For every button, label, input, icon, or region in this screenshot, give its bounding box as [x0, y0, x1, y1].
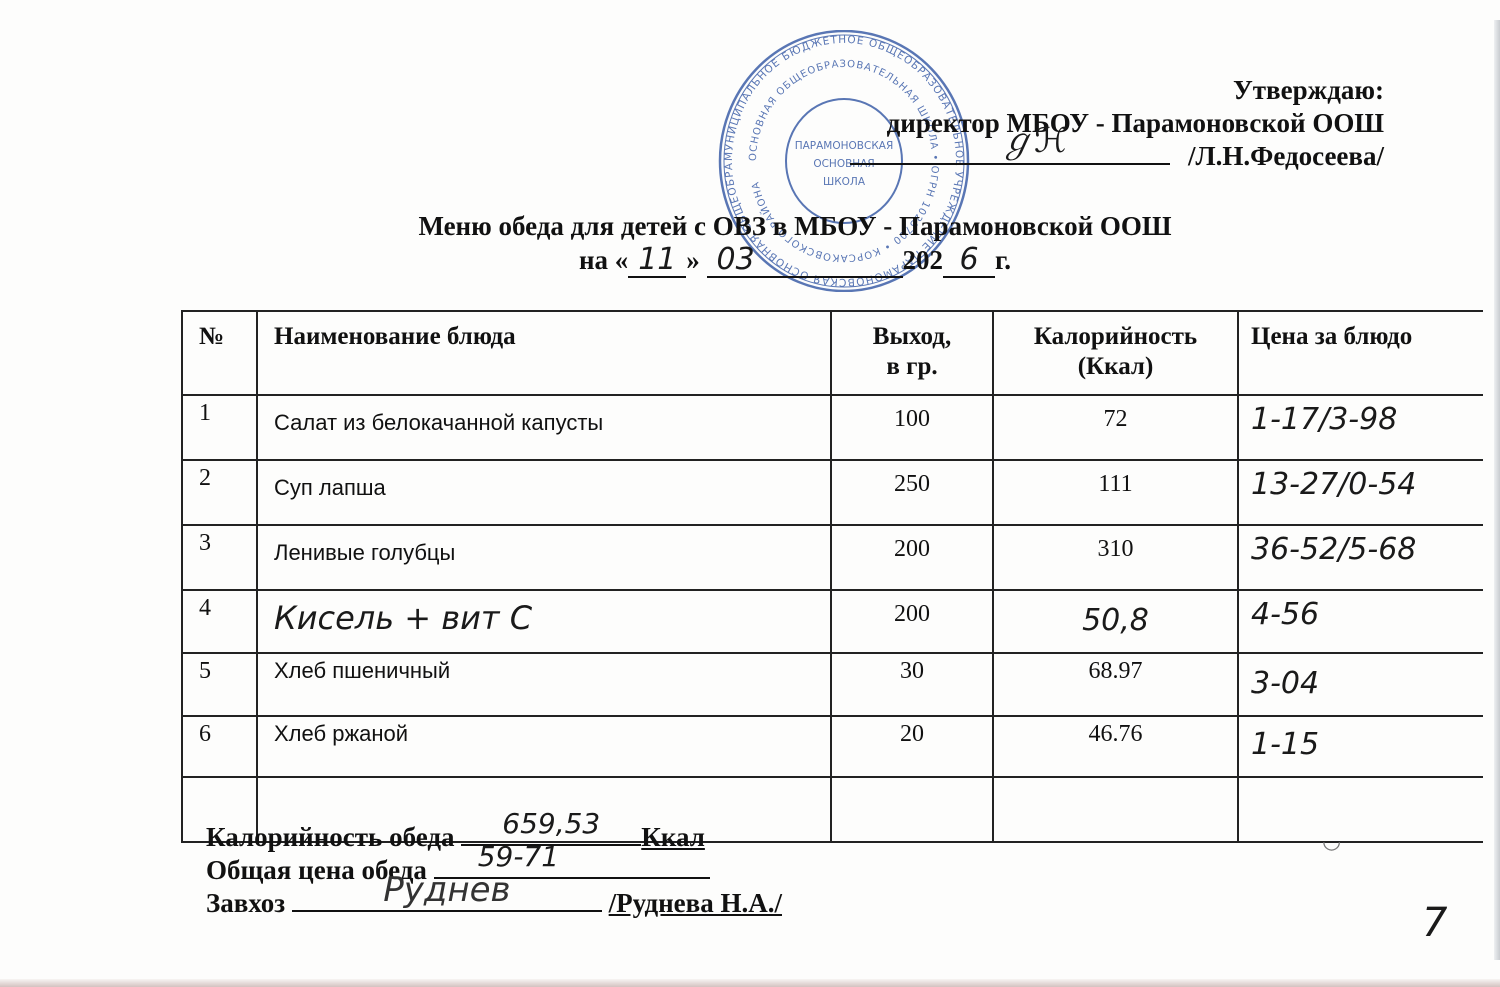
page-number: 7: [1422, 900, 1447, 946]
price-handwritten: 1-15: [1251, 727, 1319, 762]
pen-mark: ◡: [1322, 828, 1341, 854]
stamp-center-line3: ШКОЛА: [823, 176, 866, 188]
director-signature-line: ℊℋ: [850, 141, 1170, 165]
price-handwritten: 4-56: [1251, 597, 1319, 632]
table-row: 5 Хлеб пшеничный 30 68.97 3-04: [182, 653, 1483, 716]
manager-signature-field: Руднев: [292, 886, 602, 912]
table-row: 1 Салат из белокачанной капусты 100 72 1…: [182, 395, 1483, 460]
manager-signature: Руднев: [292, 874, 602, 906]
approval-position: директор МБОУ - Парамоновской ООШ: [850, 107, 1384, 140]
header-no: №: [182, 311, 257, 395]
totals-block: Калорийность обеда 659,53Ккал Общая цена…: [206, 820, 782, 919]
calories-handwritten: 50,8: [1082, 603, 1149, 638]
dish-name-handwritten: Кисель + вит С: [274, 599, 532, 637]
table-header-row: № Наименование блюда Выход,в гр. Калорий…: [182, 311, 1483, 395]
table-row: 2 Суп лапша 250 111 13-27/0-54: [182, 460, 1483, 525]
director-signature: ℊℋ: [1000, 125, 1068, 158]
date-month: 03: [707, 243, 903, 278]
director-name: /Л.Н.Федосеева/: [1188, 141, 1384, 171]
date-day: 11: [628, 243, 686, 278]
title-date: на «11» 032026г.: [0, 243, 1500, 278]
price-handwritten: 36-52/5-68: [1251, 532, 1416, 567]
manager-line: Завхоз Руднев /Руднева Н.А./: [206, 886, 782, 919]
header-calories: Калорийность(Ккал): [993, 311, 1238, 395]
approval-heading: Утверждаю:: [850, 74, 1384, 107]
header-output: Выход,в гр.: [831, 311, 993, 395]
table-row: 6 Хлеб ржаной 20 46.76 1-15: [182, 716, 1483, 777]
menu-table: № Наименование блюда Выход,в гр. Калорий…: [181, 310, 1483, 843]
scan-edge-right: [1494, 20, 1500, 960]
header-name: Наименование блюда: [257, 311, 831, 395]
header-price: Цена за блюдо: [1238, 311, 1483, 395]
price-handwritten: 1-17/3-98: [1251, 402, 1397, 437]
price-handwritten: 13-27/0-54: [1251, 467, 1416, 502]
title-line: Меню обеда для детей с ОВЗ в МБОУ - Пара…: [0, 210, 1500, 243]
document-title: Меню обеда для детей с ОВЗ в МБОУ - Пара…: [0, 210, 1500, 278]
scan-edge-bottom: [0, 979, 1500, 987]
approval-block: Утверждаю: директор МБОУ - Парамоновской…: [850, 74, 1384, 173]
date-year-digit: 6: [943, 243, 995, 278]
price-handwritten: 3-04: [1251, 666, 1319, 701]
manager-name: /Руднева Н.А./: [609, 888, 782, 918]
table-row: 4 Кисель + вит С 200 50,8 4-56: [182, 590, 1483, 653]
table-row: 3 Ленивые голубцы 200 310 36-52/5-68: [182, 525, 1483, 590]
